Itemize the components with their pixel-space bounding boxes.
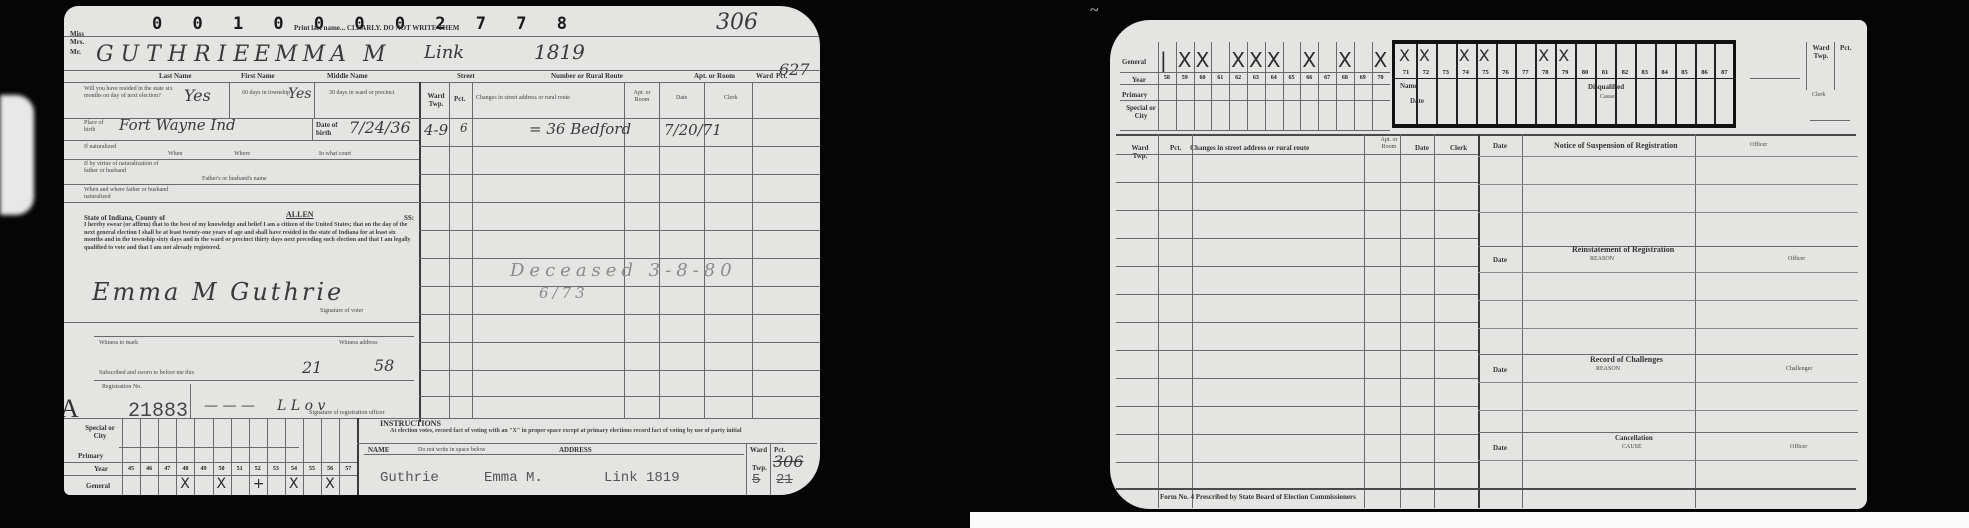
typed-first-name: Emma M.: [484, 470, 543, 486]
front-year-cell: 52: [249, 466, 267, 472]
typed-address: Link 1819: [604, 470, 680, 486]
box-label-disqualified: Disqualified: [1588, 83, 1624, 91]
front-year-cell: 51: [231, 466, 249, 472]
label-apt: Apt. or Room: [694, 72, 735, 80]
residence-answer: Yes: [184, 86, 211, 105]
scan-edge-strip: [970, 512, 1969, 528]
back-year-cell: 69: [1354, 75, 1372, 81]
reinstatement-title: Reinstatement of Registration: [1572, 246, 1674, 254]
back-box-year-cell: 82: [1615, 69, 1635, 76]
challenges-title: Record of Challenges: [1590, 356, 1663, 364]
subscribed-day: 21: [302, 358, 322, 377]
registration-card-front: 0 0 1 0 0 0 0 2 7 7 8 Print last name...…: [64, 6, 820, 495]
grid-label-primary: Primary: [78, 452, 103, 460]
back-general-vote-mark: |: [1160, 48, 1167, 72]
deceased-note-2: 6/73: [539, 284, 589, 302]
back-general-vote-mark: X: [1374, 48, 1388, 72]
back-box-year-cell: 74: [1456, 69, 1476, 76]
scanner-glare: [0, 95, 34, 215]
label-pct: Pct.: [776, 72, 787, 80]
front-year-cell: 45: [122, 466, 140, 472]
father-naturalization-label: If by virtue of naturalization of father…: [84, 161, 159, 175]
witness-address-label: Witness address: [339, 340, 378, 347]
instructions-title: INSTRUCTIONS: [380, 420, 441, 428]
back-box-year-cell: 72: [1416, 69, 1436, 76]
officer-signature-label: Signature of registration officer: [309, 410, 385, 417]
suspension-title: Notice of Suspension of Registration: [1554, 142, 1678, 150]
change-row-ward: 4-9: [424, 121, 448, 139]
back-box-year-cell: 81: [1595, 69, 1615, 76]
back-year-cell: 63: [1247, 75, 1265, 81]
registration-no-label: Registration No.: [102, 384, 142, 391]
general-vote-mark: X: [325, 476, 335, 492]
county-value: ALLEN: [286, 211, 314, 219]
footer-label-address: ADDRESS: [559, 446, 592, 454]
back-box-year-cell: 79: [1555, 69, 1575, 76]
changes-header-apt: Apt. or Room: [627, 90, 657, 104]
witness-label: Witness to mark: [99, 340, 138, 347]
back-box-year-cell: 77: [1515, 69, 1535, 76]
back-year-cell: 67: [1318, 75, 1336, 81]
typed-ward: 5: [752, 472, 760, 488]
back-year-cell: 58: [1158, 75, 1176, 81]
reinstatement-officer-label: Officer: [1788, 256, 1805, 263]
back-box-vote-mark: X: [1538, 46, 1549, 65]
where-label: Where: [234, 151, 250, 158]
back-box-year-cell: 83: [1635, 69, 1655, 76]
back-general-vote-mark: X: [1302, 48, 1316, 72]
back-box-year-cell: 86: [1695, 69, 1715, 76]
front-year-cell: 46: [140, 466, 158, 472]
voter-signature: Emma M Guthrie: [92, 278, 344, 306]
back-box-year-cell: 78: [1535, 69, 1555, 76]
challenges-reason-label: REASON: [1596, 366, 1620, 373]
front-year-cell: 50: [213, 466, 231, 472]
street-handwritten: Link: [424, 42, 464, 63]
back-pct-label: Pct.: [1840, 44, 1851, 52]
place-of-birth-value: Fort Wayne Ind: [119, 116, 236, 134]
label-street: Street: [457, 72, 475, 80]
label-number: Number or Rural Route: [551, 72, 623, 80]
changes-header-ward: Ward Twp.: [424, 92, 448, 108]
back-box-vote-mark: X: [1459, 46, 1470, 65]
front-year-cell: 55: [303, 466, 321, 472]
pct-handwritten: 306: [773, 452, 804, 471]
last-name-handwritten: GUTHRIE: [96, 42, 256, 67]
general-vote-mark: X: [289, 476, 299, 492]
footer-label-name: NAME: [368, 446, 389, 454]
label-first-name: First Name: [241, 72, 275, 80]
label-last-name: Last Name: [159, 72, 191, 80]
footer-label-twp: Twp.: [752, 464, 767, 472]
footer-label-ward: Ward: [750, 446, 767, 454]
father-name-label: Father's or husband's name: [202, 176, 267, 183]
back-year-cell: 68: [1336, 75, 1354, 81]
back-box-year-cell: 71: [1396, 69, 1416, 76]
when-where-label: When and where father or husband natural…: [84, 187, 184, 201]
oath-heading: State of Indiana, County of: [84, 214, 165, 222]
back-year-cell: 66: [1300, 75, 1318, 81]
footer-label-do-not-write: Do not write in space below: [418, 447, 485, 454]
change-row-pct: 6: [460, 121, 468, 135]
instructions-text: At election votes, record fact of voting…: [390, 428, 750, 435]
challenges-challenger-label: Challenger: [1786, 366, 1812, 373]
label-ward: Ward: [756, 72, 773, 80]
challenges-date-label: Date: [1493, 366, 1507, 374]
place-of-birth-label: Place of birth: [84, 120, 114, 134]
back-year-cell: 59: [1176, 75, 1194, 81]
signature-label: Signature of voter: [320, 308, 363, 315]
date-of-birth-value: 7/24/36: [349, 118, 411, 137]
grid-label-year: Year: [94, 465, 108, 473]
cancellation-title: Cancellation: [1615, 434, 1653, 442]
typed-last-name: Guthrie: [380, 470, 439, 486]
reinstatement-date-label: Date: [1493, 256, 1507, 264]
residence-question: Will you have resided in the state six m…: [84, 86, 174, 100]
form-footer: Form No. 4 Prescribed by State Board of …: [1160, 493, 1356, 501]
when-label: When: [168, 151, 182, 158]
days-ward-label: 30 days in ward or precinct: [329, 90, 399, 97]
reinstatement-reason-label: REASON: [1590, 256, 1614, 263]
corner-number: 306: [716, 10, 758, 35]
date-of-birth-label: Date of birth: [316, 121, 344, 137]
back-changes-pct: Pct.: [1170, 144, 1181, 152]
suspension-officer-label: Officer: [1750, 142, 1767, 149]
back-year-cell: 61: [1211, 75, 1229, 81]
back-clerk-label: Clerk: [1812, 92, 1825, 99]
front-year-cell: 53: [267, 466, 285, 472]
general-vote-mark: X: [180, 476, 190, 492]
back-general-vote-mark: X: [1196, 48, 1210, 72]
grid-label-special: Special or City: [78, 424, 122, 440]
front-year-cell: 54: [285, 466, 303, 472]
first-name-handwritten: EMMA M: [254, 42, 391, 67]
staple-mark: ~: [1090, 2, 1099, 20]
header-instruction: Print last name... CLEARLY. DO NOT WRITE…: [294, 24, 459, 32]
back-changes-address: Changes in street address or rural route: [1190, 144, 1309, 152]
subscribed-label: Subscribed and sworn to before me this: [99, 370, 194, 377]
back-box-year-cell: 75: [1476, 69, 1496, 76]
back-ward-label: Ward Twp.: [1810, 44, 1832, 60]
back-changes-ward: Ward Twp.: [1126, 144, 1154, 160]
back-changes-date: Date: [1415, 144, 1429, 152]
back-grid-label-year: Year: [1132, 76, 1146, 84]
changes-header-clerk: Clerk: [724, 95, 737, 102]
back-box-vote-mark: X: [1419, 46, 1430, 65]
back-box-year-cell: 85: [1675, 69, 1695, 76]
officer-signature: — — — L L o v: [204, 398, 325, 414]
back-year-cell: 60: [1194, 75, 1212, 81]
oath-text: I hereby swear (or affirm) that to the b…: [84, 222, 414, 252]
back-grid-label-special: Special or City: [1126, 104, 1156, 120]
back-box-year-cell: 84: [1655, 69, 1675, 76]
changes-header-date: Date: [676, 95, 687, 102]
back-box-year-cell: 73: [1436, 69, 1456, 76]
back-grid-label-primary: Primary: [1122, 91, 1147, 99]
back-box-year-cell: 80: [1575, 69, 1595, 76]
back-box-year-cell: 76: [1496, 69, 1516, 76]
front-year-cell: 56: [321, 466, 339, 472]
subscribed-year: 58: [374, 356, 394, 375]
grid-label-general: General: [86, 482, 110, 490]
box-label-name: Name: [1400, 82, 1418, 90]
back-year-cell: 64: [1265, 75, 1283, 81]
title-mr: Mr.: [70, 48, 81, 56]
typed-pct: 21: [776, 472, 793, 488]
front-year-cell: 47: [158, 466, 176, 472]
back-box-year-cell: 87: [1714, 69, 1734, 76]
back-general-vote-mark: X: [1267, 48, 1281, 72]
change-row-address: = 36 Bedford: [529, 120, 631, 138]
title-mrs: Mrs.: [70, 38, 84, 46]
box-label-cause: Cause: [1600, 94, 1615, 101]
general-vote-mark: +: [253, 476, 265, 492]
back-year-cell: 70: [1372, 75, 1390, 81]
label-middle-name: Middle Name: [327, 72, 368, 80]
back-general-vote-mark: X: [1249, 48, 1263, 72]
back-box-vote-mark: X: [1558, 46, 1569, 65]
back-grid-label-general: General: [1122, 58, 1146, 66]
front-year-cell: 49: [194, 466, 212, 472]
back-year-cell: 65: [1283, 75, 1301, 81]
registration-card-back: General Year Primary Special or City Nam…: [1110, 20, 1867, 509]
cancellation-cause-label: CAUSE: [1622, 444, 1642, 451]
back-general-vote-mark: X: [1231, 48, 1245, 72]
cancellation-officer-label: Officer: [1790, 444, 1807, 451]
changes-header-pct: Pct.: [454, 95, 465, 103]
ss-label: SS:: [404, 214, 414, 222]
suspension-date-label: Date: [1493, 142, 1507, 150]
number-handwritten: 1819: [534, 40, 585, 64]
cancellation-date-label: Date: [1493, 444, 1507, 452]
change-row-date: 7/20/71: [664, 121, 722, 139]
back-general-vote-mark: X: [1178, 48, 1192, 72]
days-township-answer: Yes: [288, 86, 312, 102]
back-general-vote-mark: X: [1338, 48, 1352, 72]
back-changes-clerk: Clerk: [1450, 144, 1467, 152]
naturalized-label: If naturalized: [84, 144, 134, 151]
back-year-cell: 62: [1229, 75, 1247, 81]
changes-header-address: Changes in street address or rural route: [476, 95, 570, 102]
back-box-vote-mark: X: [1479, 46, 1490, 65]
court-label: In what court: [319, 151, 351, 158]
front-year-cell: 48: [176, 466, 194, 472]
general-vote-mark: X: [217, 476, 227, 492]
deceased-note: Deceased 3-8-80: [510, 260, 737, 281]
front-year-cell: 57: [339, 466, 357, 472]
back-box-vote-mark: X: [1399, 46, 1410, 65]
